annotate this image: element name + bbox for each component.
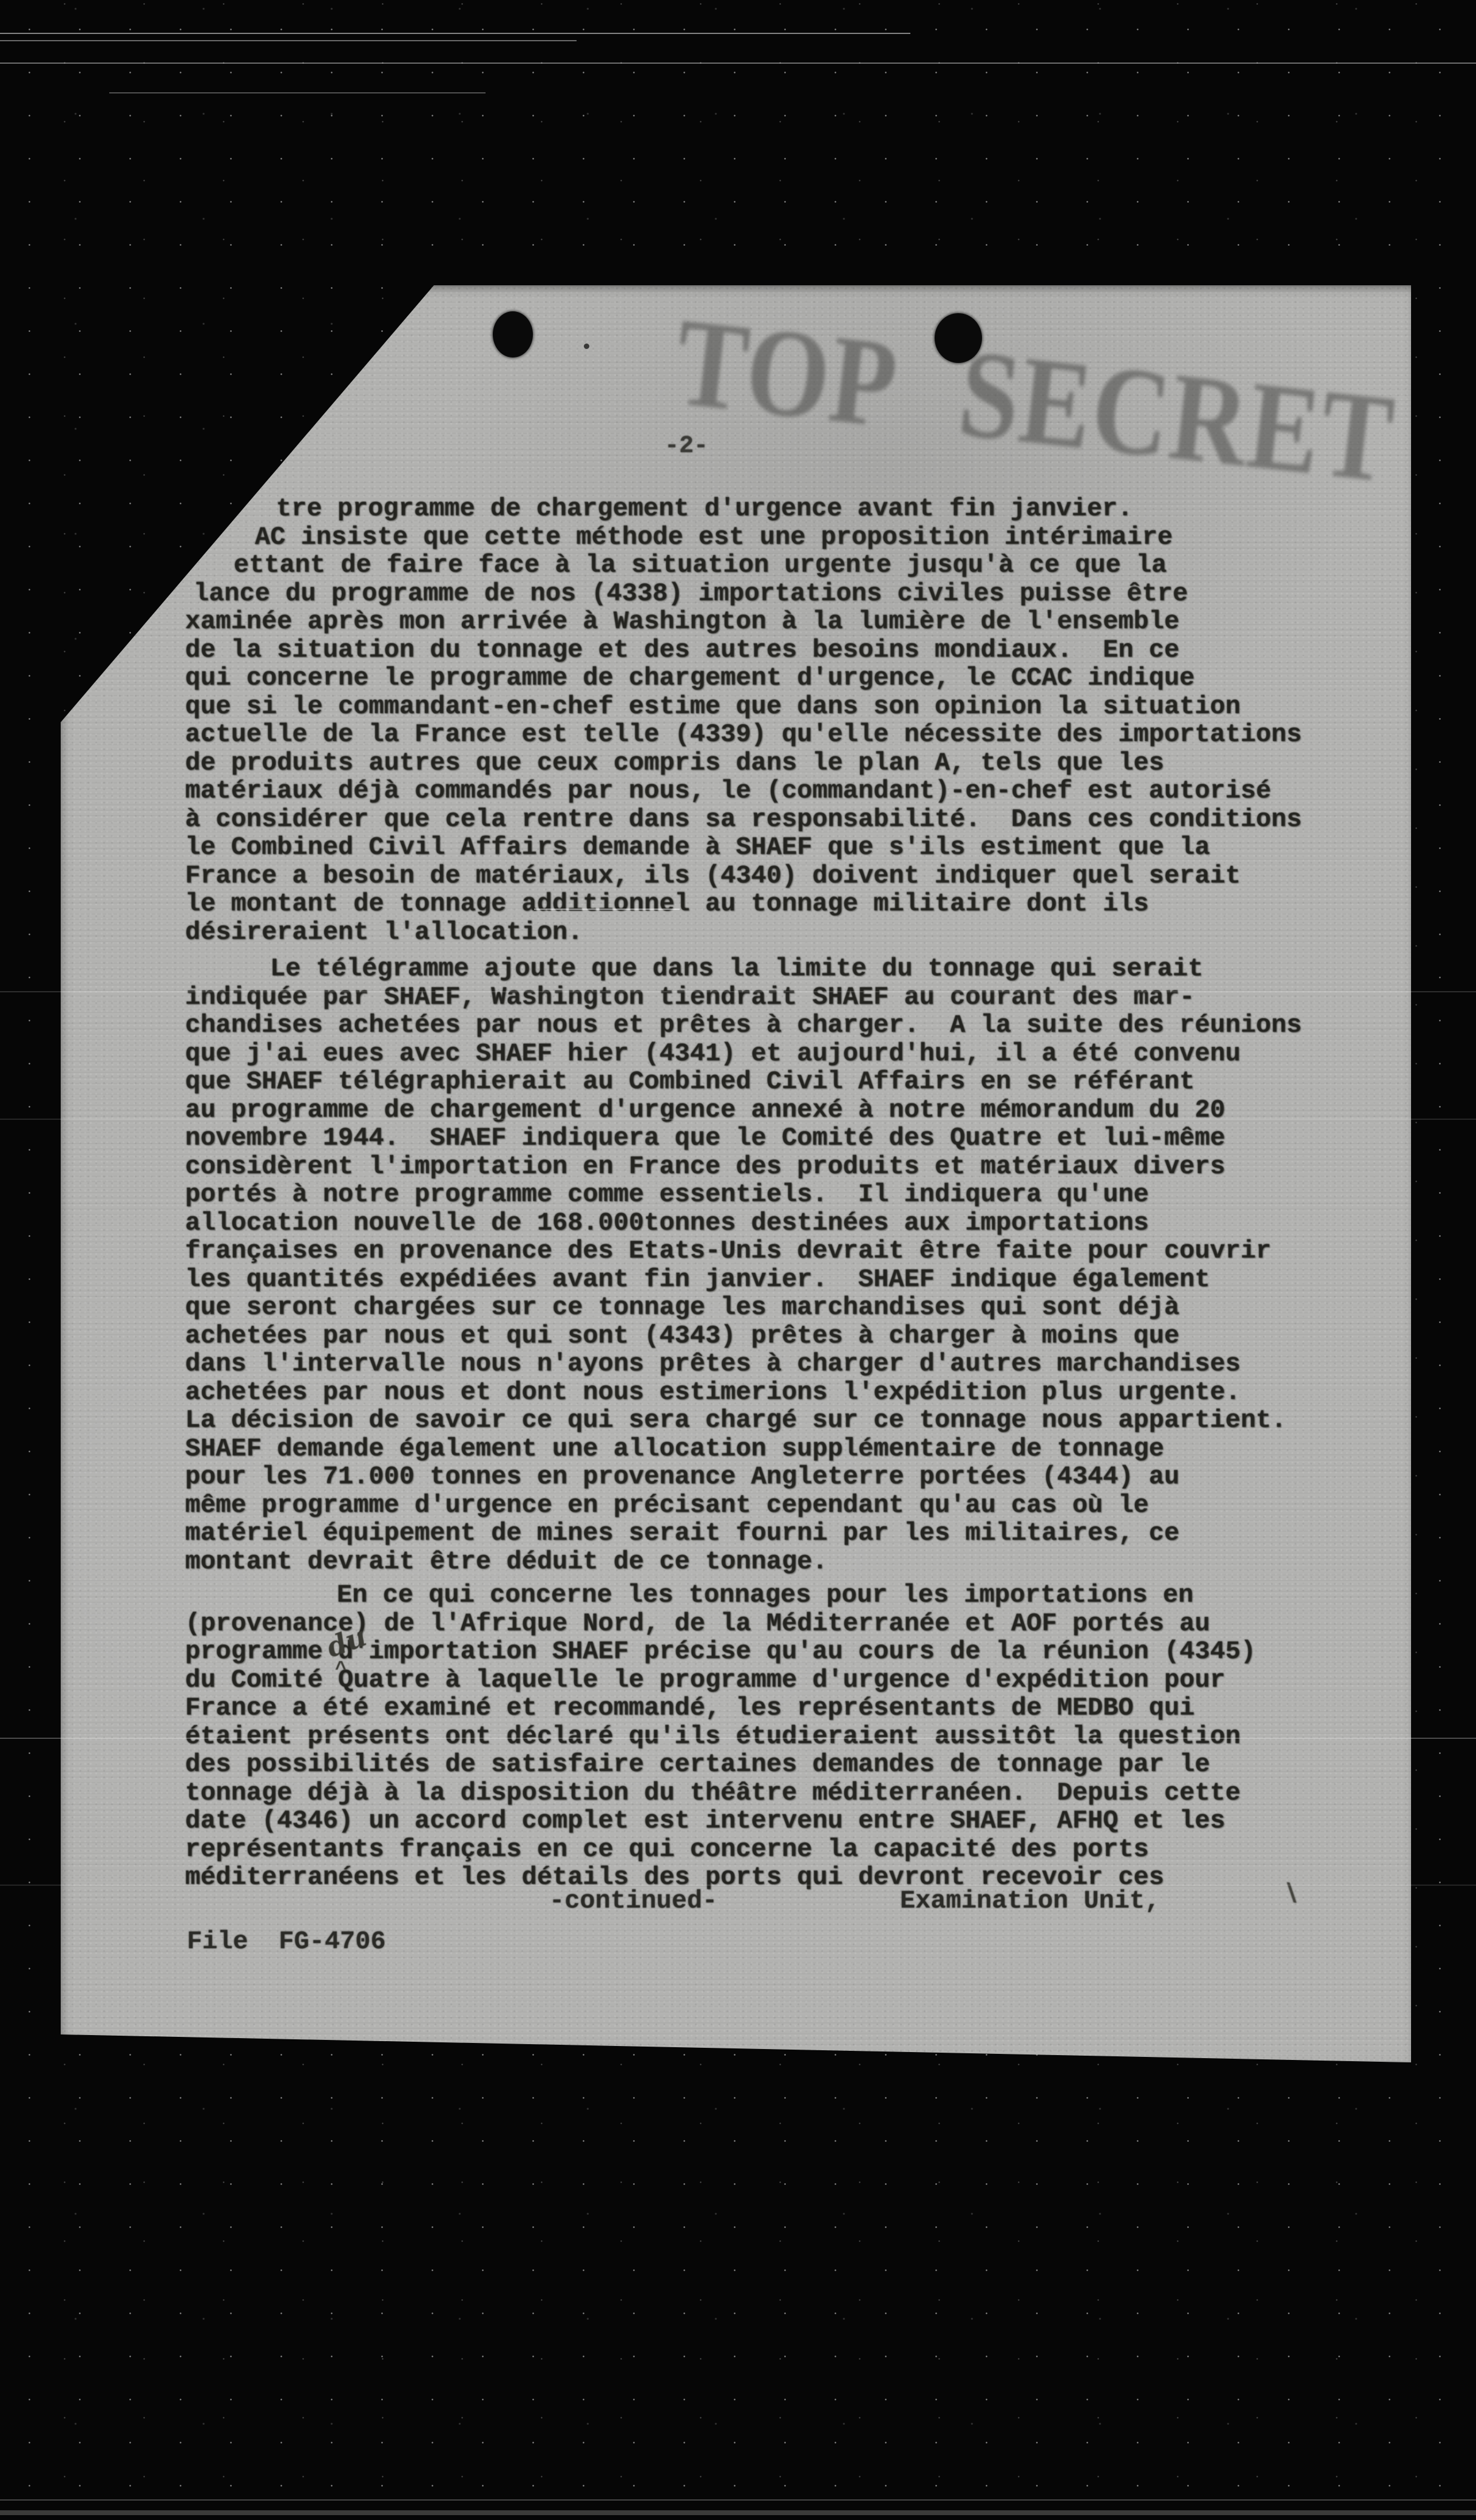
text-line: que seront chargées sur ce tonnage les m… [185,1293,1396,1322]
text-line: date (4346) un accord complet est interv… [185,1807,1396,1835]
scan-artifact-line [0,33,910,34]
file-reference: File FG-4706 [187,1927,386,1956]
punch-hole [493,311,533,357]
text-line: achetées par nous et qui sont (4343) prê… [185,1322,1396,1350]
text-line: méditerranéens et les détails des ports … [185,1863,1396,1892]
paragraph-3: En ce qui concerne les tonnages pour les… [185,1581,1396,1892]
top-secret-stamp: TOP SECRET [669,289,1401,512]
examination-unit-label: Examination Unit, [900,1886,1160,1915]
text-line: représentants français en ce qui concern… [185,1835,1396,1864]
continued-label: -continued- [549,1886,717,1915]
paragraph-2: Le télégramme ajoute que dans la limite … [185,955,1396,1576]
text-line: novembre 1944. SHAEF indiquera que le Co… [185,1124,1396,1153]
text-line: étaient présents ont déclaré qu'ils étud… [185,1722,1396,1751]
text-line: dans l'intervalle nous n'ayons prêtes à … [185,1350,1396,1378]
text-line: pour les 71.000 tonnes en provenance Ang… [185,1463,1396,1491]
dirt-speck [205,737,209,740]
text-line: AC insiste que cette méthode est une pro… [185,523,1396,552]
text-line: les quantités expédiées avant fin janvie… [185,1265,1396,1294]
page-number: -2- [665,433,708,460]
text-line: matériel équipement de mines serait four… [185,1519,1396,1548]
text-line: actuelle de la France est telle (4339) q… [185,720,1396,749]
document-page: TOP SECRET -2- tre programme de chargeme… [61,285,1411,2062]
text-line: portés à notre programme comme essentiel… [185,1180,1396,1209]
text-line: En ce qui concerne les tonnages pour les… [185,1581,1396,1610]
text-line: tonnage déjà à la disposition du théâtre… [185,1779,1396,1807]
text-line: de produits autres que ceux compris dans… [185,749,1396,777]
text-line: (provenance) de l'Afrique Nord, de la Mé… [185,1610,1396,1638]
scan-artifact-line [0,63,1476,64]
dirt-speck [584,344,589,349]
scan-artifact-line [0,40,577,41]
text-line: ettant de faire face à la situation urge… [185,551,1396,580]
text-line: le Combined Civil Affairs demande à SHAE… [185,833,1396,862]
text-line: chandises achetées par nous et prêtes à … [185,1011,1396,1040]
paragraph-1: tre programme de chargement d'urgence av… [185,495,1396,946]
text-line: françaises en provenance des Etats-Unis … [185,1237,1396,1265]
text-line: Le télégramme ajoute que dans la limite … [185,955,1396,983]
text-line: qui concerne le programme de chargement … [185,664,1396,693]
insertion-caret-mark: ^ [335,1658,347,1681]
text-line: désireraient l'allocation. [185,918,1396,947]
punch-hole [935,313,982,363]
text-line: montant devrait être déduit de ce tonnag… [185,1548,1396,1576]
text-line: de la situation du tonnage et des autres… [185,636,1396,665]
text-line: France a besoin de matériaux, ils (4340)… [185,862,1396,890]
scan-edge-band [0,2510,1476,2515]
scanned-document: { "page": { "classification_stamp": "TOP… [0,0,1476,2520]
text-line: achetées par nous et dont nous estimerio… [185,1378,1396,1407]
scan-artifact-line [109,92,486,93]
text-line: que SHAEF télégraphierait au Combined Ci… [185,1068,1396,1096]
text-line: matériaux déjà commandés par nous, le (c… [185,777,1396,805]
text-line: des possibilités de satisfaire certaines… [185,1750,1396,1779]
text-line: que si le commandant-en-chef estime que … [185,693,1396,721]
text-line: xaminée après mon arrivée à Washington à… [185,608,1396,636]
text-line: France a été examiné et recommandé, les … [185,1694,1396,1722]
text-line: lance du programme de nos (4338) importa… [185,580,1396,608]
text-line: même programme d'urgence en précisant ce… [185,1491,1396,1520]
text-line: le montant de tonnage additionnel au ton… [185,890,1396,918]
text-line: tre programme de chargement d'urgence av… [185,495,1396,523]
text-line: allocation nouvelle de 168.000tonnes des… [185,1209,1396,1238]
text-line: indiquée par SHAEF, Washington tiendrait… [185,983,1396,1012]
scan-artifact-line [0,2499,1476,2501]
text-line: au programme de chargement d'urgence ann… [185,1096,1396,1125]
text-line: La décision de savoir ce qui sera chargé… [185,1406,1396,1435]
text-line: que j'ai eues avec SHAEF hier (4341) et … [185,1040,1396,1068]
text-line: SHAEF demande également une allocation s… [185,1435,1396,1463]
text-line: du Comité Quatre à laquelle le programme… [185,1666,1396,1695]
text-line: à considérer que cela rentre dans sa res… [185,805,1396,834]
text-line: considèrent l'importation en France des … [185,1153,1396,1181]
